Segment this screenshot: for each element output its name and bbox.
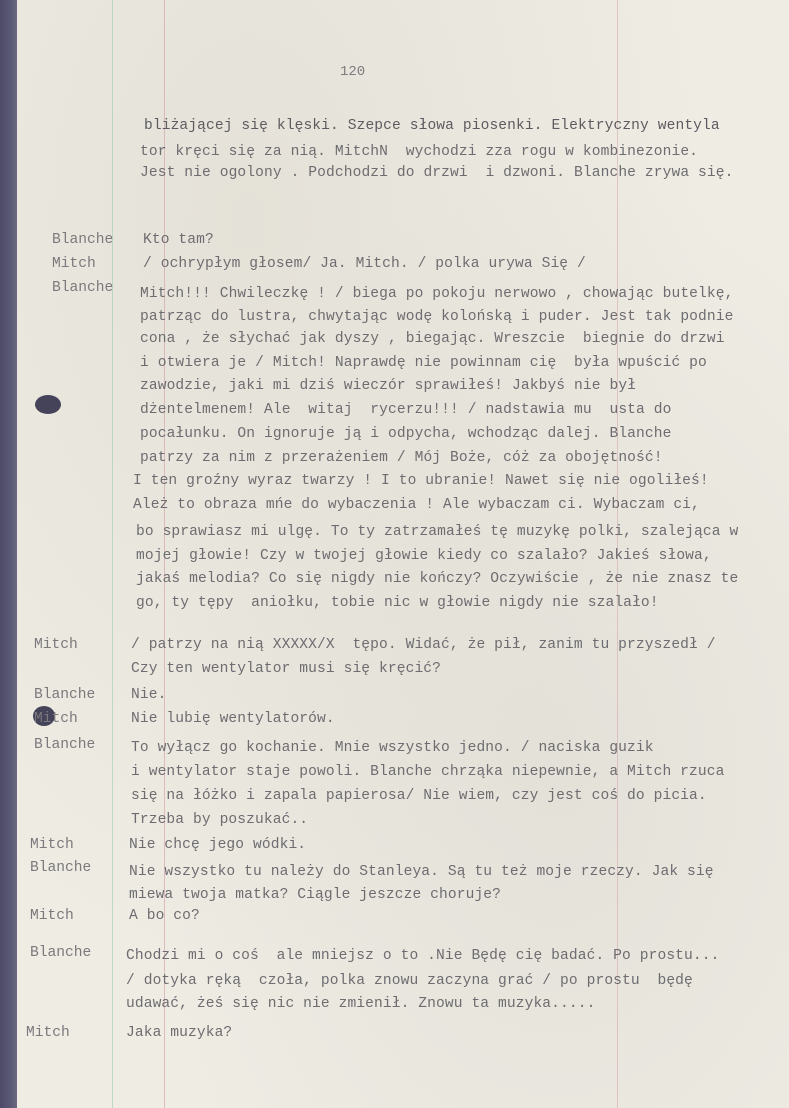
dialogue-line: go, ty tępy aniołku, tobie nic w głowie …	[136, 595, 659, 611]
dialogue-line: Nie chcę jego wódki.	[129, 837, 306, 853]
dialogue-line: I ten groźny wyraz twarzy ! I to ubranie…	[133, 473, 709, 489]
dialogue-line: jakaś melodia? Co się nigdy nie kończy? …	[136, 571, 738, 587]
dialogue-line: Nie lubię wentylatorów.	[131, 711, 335, 727]
dialogue-line: i wentylator staje powoli. Blanche chrzą…	[131, 764, 724, 780]
dialogue-line: miewa twoja matka? Ciągle jeszcze choruj…	[129, 887, 501, 903]
dialogue-line: Jaka muzyka?	[126, 1025, 232, 1041]
speaker-name: Mitch	[26, 1025, 70, 1041]
speaker-name: Mitch	[30, 837, 74, 853]
dialogue-line: Ależ to obraza mńe do wybaczenia ! Ale w…	[133, 497, 700, 513]
dialogue-line: A bo co?	[129, 908, 200, 924]
dialogue-line: Mitch!!! Chwileczkę ! / biega po pokoju …	[140, 286, 733, 302]
dialogue-line: To wyłącz go kochanie. Mnie wszystko jed…	[131, 740, 654, 756]
stage-intro-line: tor kręci się za nią. MitchN wychodzi zz…	[140, 144, 698, 160]
dialogue-line: Trzeba by poszukać..	[131, 812, 308, 828]
dialogue-line: Nie.	[131, 687, 166, 703]
speaker-name: Blanche	[52, 280, 113, 296]
speaker-name: Blanche	[30, 860, 91, 876]
dialogue-line: Chodzi mi o coś ale mniejsz o to .Nie Bę…	[126, 948, 719, 964]
dialogue-line: mojej głowie! Czy w twojej głowie kiedy …	[136, 548, 712, 564]
dialogue-line: dżentelmenem! Ale witaj rycerzu!!! / nad…	[140, 402, 671, 418]
stage-intro-line: bliżającej się klęski. Szepce słowa pios…	[144, 118, 720, 134]
speaker-name: Blanche	[34, 737, 95, 753]
dialogue-line: pocałunku. On ignoruje ją i odpycha, wch…	[140, 426, 671, 442]
dialogue-line: zawodzie, jaki mi dziś wieczór sprawiłeś…	[140, 378, 636, 394]
dialogue-line: bo sprawiasz mi ulgę. To ty zatrzamałeś …	[136, 524, 738, 540]
dialogue-line: / ochrypłym głosem/ Ja. Mitch. / polka u…	[143, 256, 586, 272]
dialogue-line: udawać, żeś się nic nie zmienił. Znowu t…	[126, 996, 595, 1012]
dialogue-line: / patrzy na nią XXXXX/X tępo. Widać, że …	[131, 637, 716, 653]
page-number: 120	[340, 64, 365, 80]
dialogue-line: się na łóżko i zapala papierosa/ Nie wie…	[131, 788, 707, 804]
stage-intro-line: Jest nie ogolony . Podchodzi do drzwi i …	[140, 165, 733, 181]
dialogue-line: patrzy za nim z przerażeniem / Mój Boże,…	[140, 450, 663, 466]
speaker-name: Mitch	[30, 908, 74, 924]
binding-edge	[0, 0, 17, 1108]
margin-rule-green	[112, 0, 113, 1108]
dialogue-line: / dotyka ręką czoła, polka znowu zaczyna…	[126, 973, 693, 989]
speaker-name: Blanche	[52, 232, 113, 248]
dialogue-line: Czy ten wentylator musi się kręcić?	[131, 661, 441, 677]
speaker-name: Mitch	[34, 711, 78, 727]
speaker-name: Mitch	[52, 256, 96, 272]
dialogue-line: Kto tam?	[143, 232, 214, 248]
dialogue-line: patrząc do lustra, chwytając wodę kolońs…	[140, 309, 733, 325]
dialogue-line: i otwiera je / Mitch! Naprawdę nie powin…	[140, 355, 707, 371]
punch-hole-upper	[35, 395, 61, 414]
speaker-name: Mitch	[34, 637, 78, 653]
dialogue-line: cona , że słychać jak dyszy , biegając. …	[140, 331, 725, 347]
speaker-name: Blanche	[34, 687, 95, 703]
speaker-name: Blanche	[30, 945, 91, 961]
dialogue-line: Nie wszystko tu należy do Stanleya. Są t…	[129, 864, 714, 880]
